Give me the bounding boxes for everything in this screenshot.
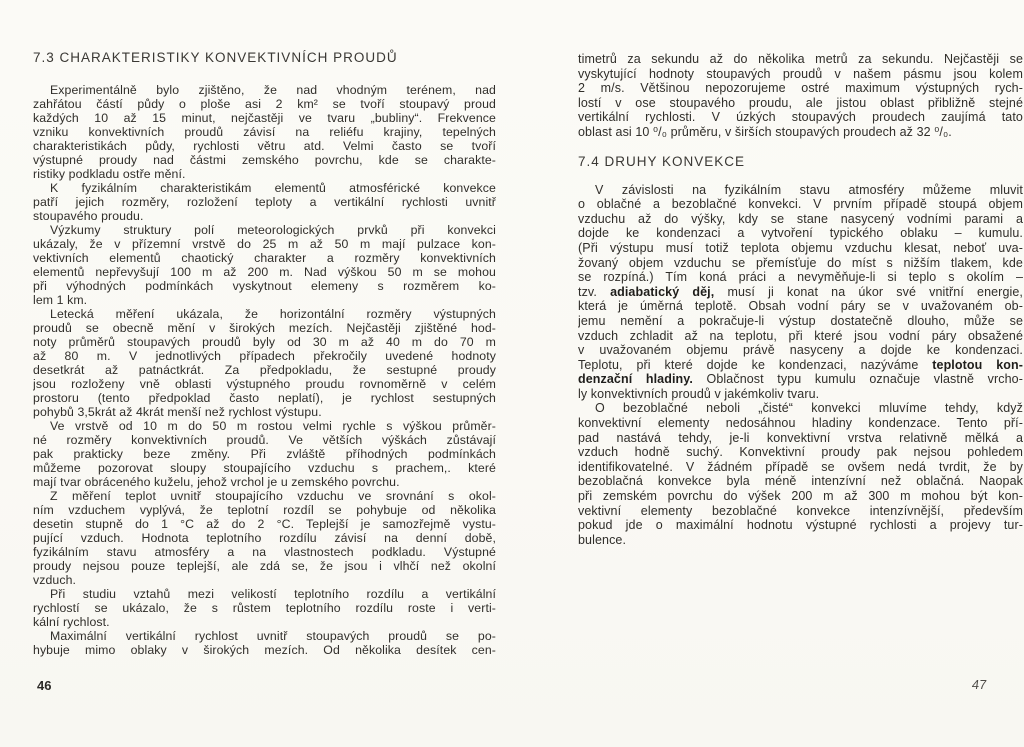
- text-line: V závislosti na fyzikálním stavu atmosfé…: [578, 183, 1023, 198]
- text-line: vzduch hodně suchý. Konvektivní proudy p…: [578, 445, 1023, 460]
- text-line: vzduch.: [33, 573, 496, 587]
- section-heading: 7.4 DRUHY KONVEKCE: [578, 154, 1023, 169]
- paragraph: Při studiu vztahů mezi velikostí teplotn…: [33, 587, 496, 629]
- text-line: vyskytující hodnoty stoupavých proudů v …: [578, 67, 1023, 82]
- left-page: 7.3 CHARAKTERISTIKY KONVEKTIVNÍCH PROUDŮ…: [33, 50, 496, 657]
- text-line: pad nastává tehdy, je-li konvektivní vrs…: [578, 431, 1023, 446]
- text-line: denzační hladiny. Oblačnost typu kumulu …: [578, 372, 1023, 387]
- text-line: Ve vrstvě od 10 m do 50 m rostou velmi r…: [33, 419, 496, 433]
- text-line: 2 m/s. Většinou nepozorujeme ostré maxim…: [578, 81, 1023, 96]
- text-line: žovaný objem vzduchu se přemísťuje do mí…: [578, 256, 1023, 271]
- text-line: hybuje mimo oblaky v širokých mezích. Od…: [33, 643, 496, 657]
- text-line: pující vzduch. Hodnota teplotního rozdíl…: [33, 531, 496, 545]
- text-line: pokud jde o maximální hodnotu výstupné r…: [578, 518, 1023, 533]
- text-line: se rozpíná.) Tím koná práci a nevyměňuje…: [578, 270, 1023, 285]
- page-number-left: 46: [37, 678, 51, 693]
- paragraph: Experimentálně bylo zjištěno, že nad vho…: [33, 83, 496, 181]
- page-number-right: 47: [971, 677, 988, 692]
- text-line: mají tvar obráceného kuželu, jehož vrcho…: [33, 475, 496, 489]
- text-line: (Při výstupu musí totiž teplota objemu v…: [578, 241, 1023, 256]
- paragraph: V závislosti na fyzikálním stavu atmosfé…: [578, 183, 1023, 402]
- text-line: která je úměrná teplotě. Obsah vodní pár…: [578, 299, 1023, 314]
- text-line: proudy nejsou pouze teplejší, ale zdá se…: [33, 559, 496, 573]
- paragraph: Výzkumy struktury polí meteorologických …: [33, 223, 496, 307]
- text-line: stoupavého proudu.: [33, 209, 496, 223]
- text-line: při výhodných podmínkách vyskytnout elem…: [33, 279, 496, 293]
- text-line: K fyzikálním charakteristikám elementů a…: [33, 181, 496, 195]
- paragraph: Z měření teplot uvnitř stoupajícího vzdu…: [33, 489, 496, 587]
- text-line: desetin stupně do 1 °C až do 2 °C. Teple…: [33, 517, 496, 531]
- text-line: při zemském povrchu do výšek 200 m až 30…: [578, 489, 1023, 504]
- text-line: fyzikálním stavu atmosféry a na vlastnos…: [33, 545, 496, 559]
- text-line: Maximální vertikální rychlost uvnitř sto…: [33, 629, 496, 643]
- text-line: Výzkumy struktury polí meteorologických …: [33, 223, 496, 237]
- text-line: vektivních elementů chaotický charakter …: [33, 251, 496, 265]
- text-line: pohybů 3,5krát až 4krát menší než rychlo…: [33, 405, 496, 419]
- paragraph: Maximální vertikální rychlost uvnitř sto…: [33, 629, 496, 657]
- text-line: zahřátou částí půdy o ploše asi 2 km² se…: [33, 97, 496, 111]
- text-line: bezoblačná konvekce byla méně intenzívní…: [578, 474, 1023, 489]
- text-line: ristiky podkladu ostře mění.: [33, 167, 496, 181]
- text-line: kální rychlost.: [33, 615, 496, 629]
- text-line: vzduchu až do výšky, kdy se stane nasyce…: [578, 212, 1023, 227]
- text-line: vzduch zchladit až na teplotu, při které…: [578, 329, 1023, 344]
- text-line: rychlostí se ukázalo, že s růstem teplot…: [33, 601, 496, 615]
- text-line: výstupné proudy nad částmi zemského povr…: [33, 153, 496, 167]
- text-line: elementů nepřevyšují 100 m až 200 m. Nad…: [33, 265, 496, 279]
- text-line: konvektivní elementy nedosáhnou hladiny …: [578, 416, 1023, 431]
- text-line: vzniku konvektivních proudů závisí na re…: [33, 125, 496, 139]
- text-line: vektivní elementy bezoblačné konvekce in…: [578, 504, 1023, 519]
- paragraph: timetrů za sekundu až do několika metrů …: [578, 52, 1023, 140]
- text-line: dojde ke kondenzaci a vytvoření typickéh…: [578, 226, 1023, 241]
- text-line: Letecká měření ukázala, že horizontální …: [33, 307, 496, 321]
- text-line: noty průměrů stoupavých proudů byly od 3…: [33, 335, 496, 349]
- text-line: Teplotu, při které dojde ke kondenzaci, …: [578, 358, 1023, 373]
- paragraph: Letecká měření ukázala, že horizontální …: [33, 307, 496, 419]
- book-spread: 7.3 CHARAKTERISTIKY KONVEKTIVNÍCH PROUDŮ…: [0, 0, 1024, 747]
- text-line: v uvažovaném objemu právě nasyceny a doj…: [578, 343, 1023, 358]
- text-line: lem 1 km.: [33, 293, 496, 307]
- text-line: tzv. adiabatický děj, musí ji konat na ú…: [578, 285, 1023, 300]
- text-line: O bezoblačné neboli „čisté“ konvekci mlu…: [578, 401, 1023, 416]
- text-line: bulence.: [578, 533, 1023, 548]
- text-line: identifikovatelné. V žádném případě se o…: [578, 460, 1023, 475]
- text-line: můžeme pozorovat sloupy stoupajícího vzd…: [33, 461, 496, 475]
- text-line: patří jejich rozměry, rozložení teploty …: [33, 195, 496, 209]
- text-line: ním vzduchem vyplývá, že teplotní rozdíl…: [33, 503, 496, 517]
- text-line: proudů se obecně mění v širokých mezích.…: [33, 321, 496, 335]
- paragraph: K fyzikálním charakteristikám elementů a…: [33, 181, 496, 223]
- text-line: desetkrát až patnáctkrát. Za předpokladu…: [33, 363, 496, 377]
- paragraph: O bezoblačné neboli „čisté“ konvekci mlu…: [578, 401, 1023, 547]
- text-line: každých 10 až 15 minut, nejčastěji ve tv…: [33, 111, 496, 125]
- right-page: timetrů za sekundu až do několika metrů …: [578, 52, 1023, 547]
- text-line: o oblačné a bezoblačné konvekci. V první…: [578, 197, 1023, 212]
- text-line: Z měření teplot uvnitř stoupajícího vzdu…: [33, 489, 496, 503]
- text-line: timetrů za sekundu až do několika metrů …: [578, 52, 1023, 67]
- text-line: prostoru (tento předpoklad často neplatí…: [33, 391, 496, 405]
- text-line: Experimentálně bylo zjištěno, že nad vho…: [33, 83, 496, 97]
- text-line: jemu nemění a pokračuje-li výstup dostat…: [578, 314, 1023, 329]
- text-line: charakteristikách půdy, rychlosti větru …: [33, 139, 496, 153]
- text-line: až 80 m. V jednotlivých případech překro…: [33, 349, 496, 363]
- paragraph: Ve vrstvě od 10 m do 50 m rostou velmi r…: [33, 419, 496, 489]
- text-line: oblast asi 10 ⁰/₀ průměru, v širších sto…: [578, 125, 1023, 140]
- text-line: pak prakticky beze změny. Při zvláště př…: [33, 447, 496, 461]
- text-line: ly konvektivních proudů v jakémkoliv tva…: [578, 387, 1023, 402]
- text-line: ukázaly, že v přízemní vrstvě do 25 m až…: [33, 237, 496, 251]
- text-line: né rozměry konvektivních proudů. Ve větš…: [33, 433, 496, 447]
- text-line: Při studiu vztahů mezi velikostí teplotn…: [33, 587, 496, 601]
- text-line: vertikální rychlosti. V úzkých stoupavýc…: [578, 110, 1023, 125]
- text-line: lostí v ose stoupavého proudu, ale jisto…: [578, 96, 1023, 111]
- section-heading: 7.3 CHARAKTERISTIKY KONVEKTIVNÍCH PROUDŮ: [33, 50, 496, 65]
- text-line: jsou rozloženy vně oblasti výstupného pr…: [33, 377, 496, 391]
